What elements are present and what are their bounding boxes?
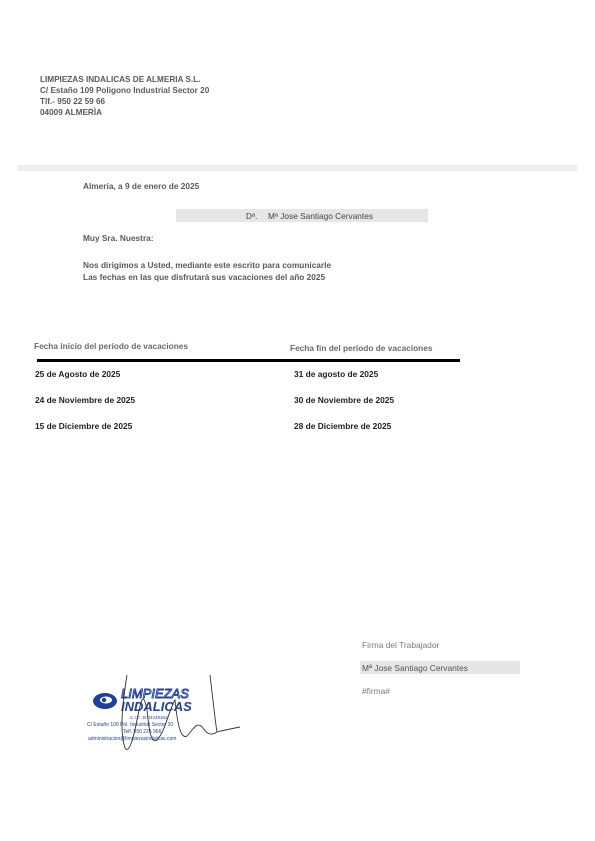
end-date-cell: 28 de Diciembre de 2025: [294, 421, 391, 431]
company-logo-icon: LIMPIEZAS INDALICAS C.I.F.: B-04248152 C…: [85, 670, 240, 755]
end-date-cell: 30 de Noviembre de 2025: [294, 395, 394, 405]
body-line: Nos dirigimos a Usted, mediante este esc…: [83, 259, 331, 271]
start-date-cell: 25 de Agosto de 2025: [35, 369, 120, 379]
company-city: 04009 ALMERÌA: [40, 107, 209, 118]
signature-placeholder: #firma#: [362, 686, 390, 696]
svg-text:C/ Estaño 109 Pol. Industrial: C/ Estaño 109 Pol. Industrial Sector 20: [87, 722, 173, 728]
header-divider: [17, 165, 577, 171]
svg-text:Telf. 950 225 966: Telf. 950 225 966: [123, 729, 162, 735]
recipient-title: Dª.: [246, 211, 257, 221]
header-end-date: Fecha fin del período de vacaciones: [290, 343, 432, 353]
table-header-rule: [37, 359, 460, 362]
company-name: LIMPIEZAS INDALICAS DE ALMERIA S.L.: [40, 74, 209, 85]
company-stamp: LIMPIEZAS INDALICAS C.I.F.: B-04248152 C…: [85, 670, 240, 755]
end-date-cell: 31 de agosto de 2025: [294, 369, 378, 379]
company-phone: Tlf.- 950 22 59 66: [40, 96, 209, 107]
signature-label: Firma del Trabajador: [362, 640, 439, 650]
svg-text:C.I.F.: B-04248152: C.I.F.: B-04248152: [130, 715, 168, 720]
start-date-cell: 15 de Diciembre de 2025: [35, 421, 132, 431]
recipient-name: Mª Jose Santiago Cervantes: [268, 211, 373, 221]
letter-body: Nos dirigimos a Usted, mediante este esc…: [83, 259, 331, 283]
letter-date: Almería, a 9 de enero de 2025: [83, 181, 199, 191]
company-header: LIMPIEZAS INDALICAS DE ALMERIA S.L. C/ E…: [40, 74, 209, 118]
header-start-date: Fecha inicio del período de vacaciones: [34, 341, 188, 351]
body-line: Las fechas en las que disfrutará sus vac…: [83, 271, 331, 283]
svg-text:INDALICAS: INDALICAS: [121, 699, 192, 714]
company-address: C/ Estaño 109 Poligono Industrial Sector…: [40, 85, 209, 96]
start-date-cell: 24 de Noviembre de 2025: [35, 395, 135, 405]
greeting: Muy Sra. Nuestra:: [83, 233, 154, 243]
signature-name: Mª Jose Santiago Cervantes: [362, 663, 468, 673]
